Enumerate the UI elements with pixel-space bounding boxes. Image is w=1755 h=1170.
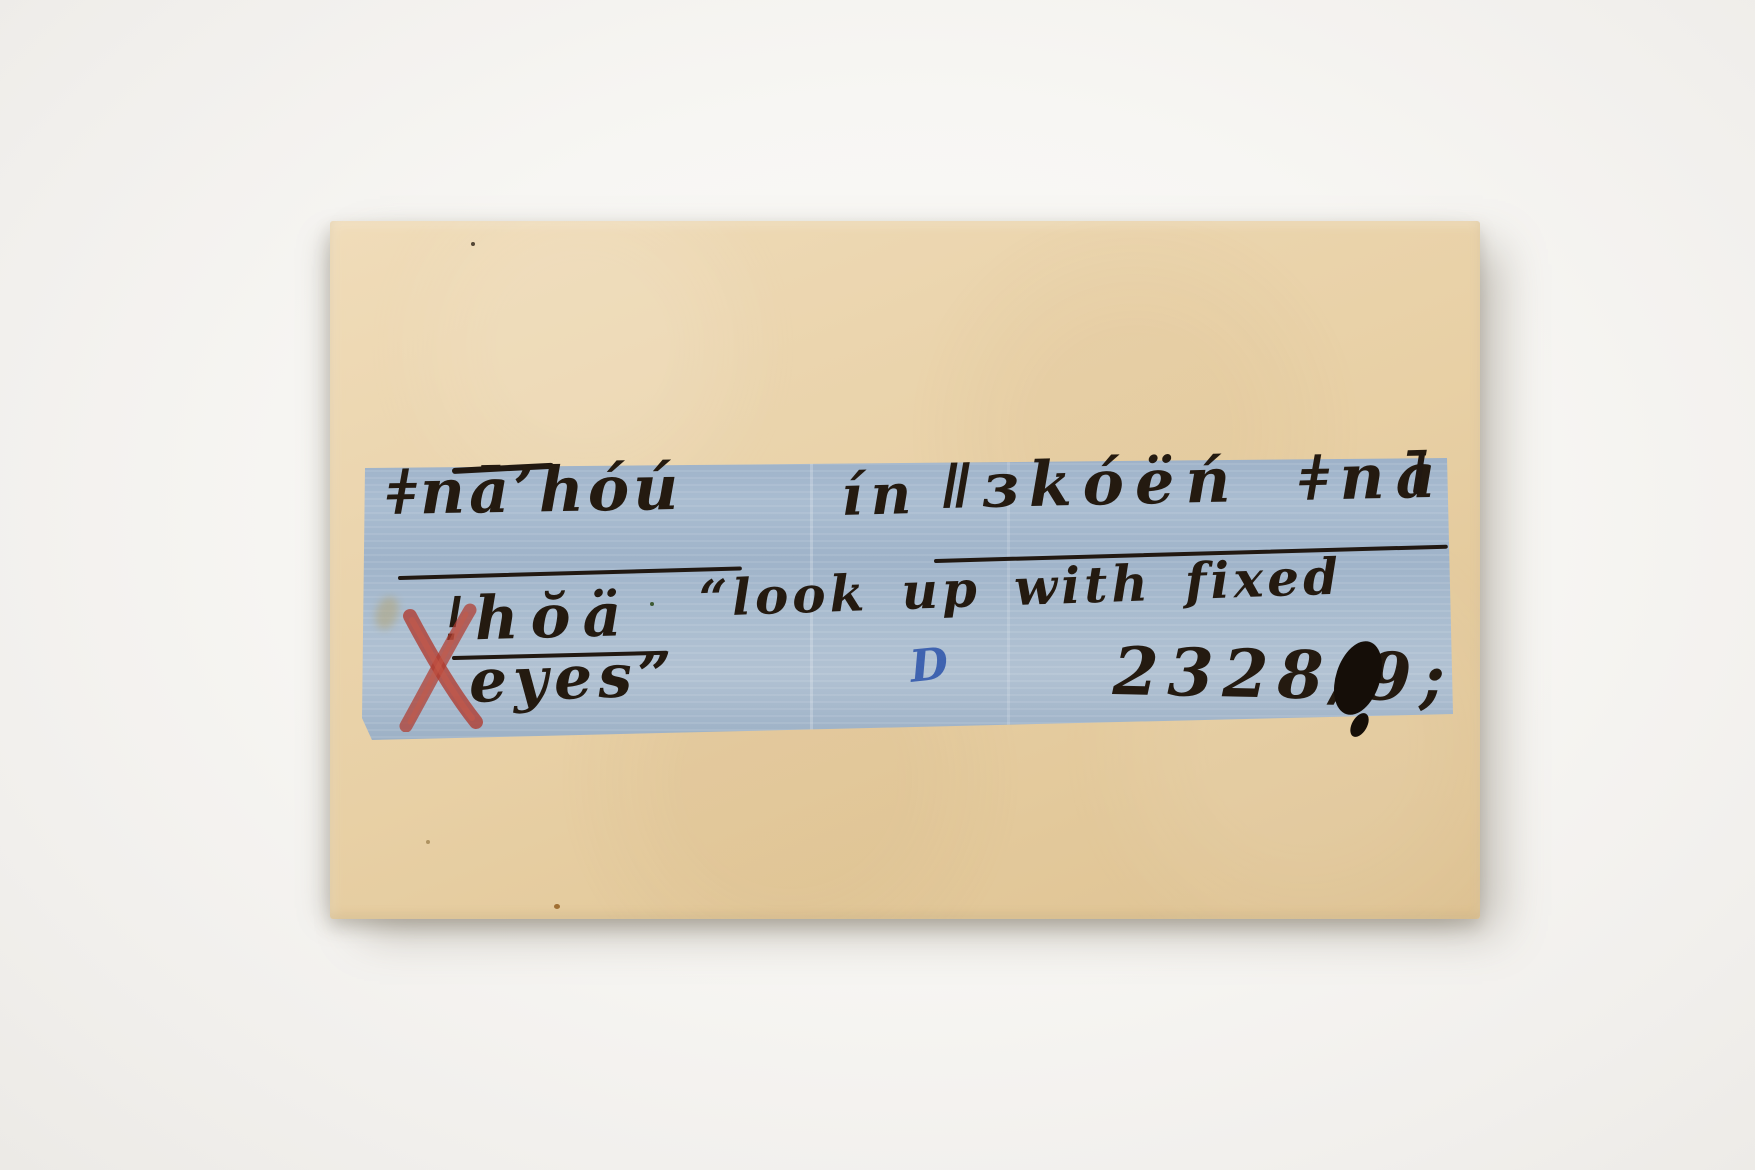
slip-speck	[650, 602, 654, 606]
reference-number: 2328/9;	[1112, 638, 1454, 711]
paper-speck	[471, 242, 475, 246]
photo-backdrop: ǂnāʼhóú ín ǁɜkóëń ǂnā ǃhŏä “look up with…	[0, 0, 1755, 1170]
handwritten-line1-word1: ǂnāʼhóú	[387, 457, 683, 524]
handwritten-line3-gloss: eyes”	[468, 645, 679, 712]
handwritten-line1-word2: ín	[841, 466, 920, 524]
blue-d-mark: D	[908, 642, 951, 690]
handwritten-line1-word3: ǁɜkóëń ǂnā	[941, 445, 1448, 518]
paper-speck	[554, 904, 560, 909]
paper-speck	[426, 840, 430, 844]
red-x-mark	[396, 598, 488, 732]
